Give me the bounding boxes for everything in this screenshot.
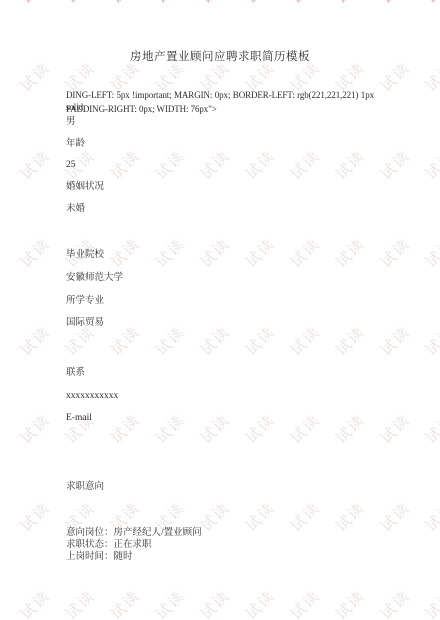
watermark-stamp: 试读 xyxy=(283,583,326,620)
watermark-stamp: 试读 xyxy=(238,583,281,620)
intention-heading: 求职意向 xyxy=(66,481,374,493)
watermark-stamp: 试读 xyxy=(418,0,440,10)
intention-position-line: 意向岗位：房产经纪人/置业顾问 xyxy=(66,527,374,539)
watermark-stamp: 试读 xyxy=(373,143,416,186)
watermark-stamp: 试读 xyxy=(13,0,56,10)
phone-value: xxxxxxxxxxx xyxy=(66,390,374,402)
watermark-stamp: 试读 xyxy=(13,55,56,98)
page-title: 房地产置业顾问应聘求职简历模板 xyxy=(66,48,374,64)
watermark-stamp: 试读 xyxy=(13,231,56,274)
intention-status-line: 求职状态：正在求职 xyxy=(66,539,374,551)
watermark-stamp: 试读 xyxy=(103,0,146,10)
style-fragment-line-2: PADDING-RIGHT: 0px; WIDTH: 76px"> xyxy=(66,103,374,115)
watermark-stamp: 试读 xyxy=(373,55,416,98)
watermark-stamp: 试读 xyxy=(418,231,440,274)
contact-label: 联系 xyxy=(66,367,374,379)
watermark-stamp: 试读 xyxy=(13,495,56,538)
watermark-stamp: 试读 xyxy=(373,407,416,450)
watermark-stamp: 试读 xyxy=(373,319,416,362)
watermark-stamp: 试读 xyxy=(58,0,101,10)
watermark-stamp: 试读 xyxy=(148,0,191,10)
school-value: 安徽师范大学 xyxy=(66,272,374,284)
age-label: 年龄 xyxy=(66,138,374,150)
watermark-stamp: 试读 xyxy=(373,583,416,620)
watermark-stamp: 试读 xyxy=(58,583,101,620)
watermark-stamp: 试读 xyxy=(193,0,236,10)
watermark-stamp: 试读 xyxy=(373,231,416,274)
watermark-stamp: 试读 xyxy=(238,0,281,10)
watermark-stamp: 试读 xyxy=(193,583,236,620)
major-label: 所学专业 xyxy=(66,295,374,307)
intention-start-time-line: 上岗时间：随时 xyxy=(66,551,374,563)
marital-value: 未婚 xyxy=(66,203,374,215)
watermark-stamp: 试读 xyxy=(418,495,440,538)
watermark-stamp: 试读 xyxy=(418,319,440,362)
watermark-stamp: 试读 xyxy=(13,319,56,362)
watermark-stamp: 试读 xyxy=(103,583,146,620)
watermark-stamp: 试读 xyxy=(13,143,56,186)
gender-value: 男 xyxy=(66,116,374,128)
watermark-stamp: 试读 xyxy=(328,583,371,620)
watermark-stamp: 试读 xyxy=(13,407,56,450)
watermark-stamp: 试读 xyxy=(283,0,326,10)
age-value: 25 xyxy=(66,159,374,171)
watermark-stamp: 试读 xyxy=(13,583,56,620)
resume-document-page: 试读试读试读试读试读试读试读试读试读试读试读试读试读试读试读试读试读试读试读试读… xyxy=(0,0,440,620)
marital-label: 婚姻状况 xyxy=(66,181,374,193)
watermark-stamp: 试读 xyxy=(418,143,440,186)
watermark-stamp: 试读 xyxy=(418,407,440,450)
watermark-stamp: 试读 xyxy=(373,495,416,538)
watermark-stamp: 试读 xyxy=(373,0,416,10)
watermark-stamp: 试读 xyxy=(418,55,440,98)
watermark-stamp: 试读 xyxy=(148,583,191,620)
school-label: 毕业院校 xyxy=(66,249,374,261)
watermark-stamp: 试读 xyxy=(418,583,440,620)
watermark-stamp: 试读 xyxy=(328,0,371,10)
email-label: E-mail xyxy=(66,412,374,424)
major-value: 国际贸易 xyxy=(66,317,374,329)
